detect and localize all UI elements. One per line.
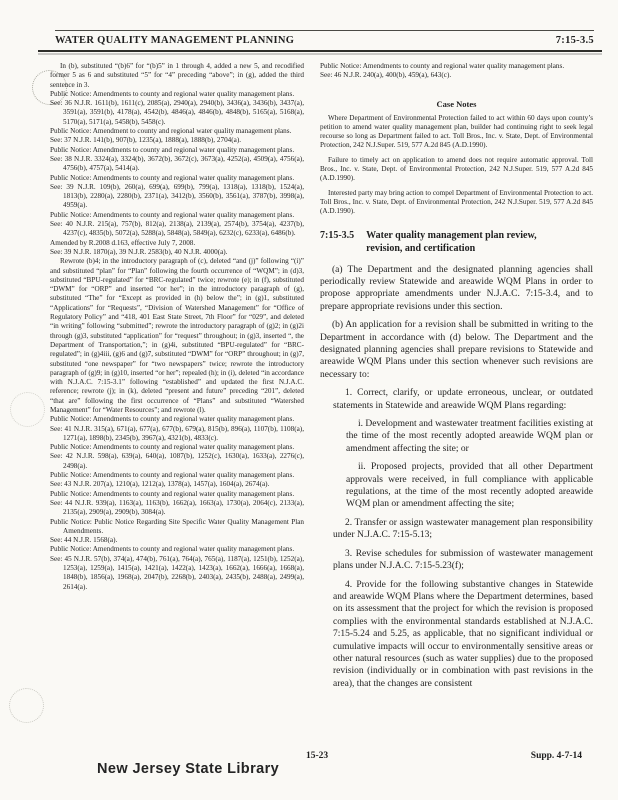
public-notice: Public Notice: Amendments to county and … — [50, 471, 304, 480]
public-notice: Public Notice: Amendments to county and … — [50, 211, 304, 220]
hole-punch-icon — [9, 688, 44, 723]
section-heading: 7:15-3.5 Water quality management plan r… — [320, 229, 593, 255]
running-header: WATER QUALITY MANAGEMENT PLANNING 7:15-3… — [55, 30, 594, 46]
public-notice: Public Notice: Amendments to county and … — [50, 443, 304, 452]
see-citation: See: 36 N.J.R. 1611(b), 1611(c), 2085(a)… — [50, 99, 304, 127]
case-note: Failure to timely act on application to … — [320, 156, 593, 184]
see-citation: See: 40 N.J.R. 215(a), 757(b), 812(a), 2… — [50, 220, 304, 239]
public-notice: Public Notice: Amendment to county and r… — [50, 127, 304, 136]
regulation-list-item: ii. Proposed projects, provided that all… — [320, 461, 593, 511]
supplement-date: Supp. 4-7-14 — [531, 751, 582, 761]
regulation-list-item: 1. Correct, clarify, or update erroneous… — [320, 387, 593, 412]
regulation-list-item: 3. Revise schedules for submission of wa… — [320, 548, 593, 573]
case-note: Where Department of Environmental Protec… — [320, 114, 593, 151]
public-notice: Public Notice: Amendments to county and … — [320, 62, 593, 71]
section-number: 7:15-3.5 — [320, 229, 354, 255]
amendment-note: Amended by R.2008 d.163, effective July … — [50, 239, 304, 248]
running-header-title: WATER QUALITY MANAGEMENT PLANNING — [55, 35, 294, 46]
running-header-section: 7:15-3.5 — [556, 35, 594, 46]
regulation-list-item: i. Development and wastewater treatment … — [320, 418, 593, 455]
left-column: In (b), substituted “(b)6” for “(b)5” in… — [50, 62, 304, 690]
see-citation: See: 39 N.J.R. 1870(a), 39 N.J.R. 2583(b… — [50, 248, 304, 257]
page-number: 15-23 — [306, 751, 328, 761]
see-citation: See: 41 N.J.R. 315(a), 671(a), 677(a), 6… — [50, 425, 304, 444]
section-title: Water quality management plan review, re… — [366, 229, 564, 255]
hole-punch-icon — [10, 392, 45, 427]
public-notice: Public Notice: Amendments to county and … — [50, 545, 304, 554]
see-citation: See: 45 N.J.R. 57(b), 374(a), 474(b), 76… — [50, 555, 304, 592]
public-notice: Public Notice: Amendments to county and … — [50, 415, 304, 424]
public-notice: Public Notice: Amendments to county and … — [50, 490, 304, 499]
see-citation: See: 38 N.J.R. 3324(a), 3324(b), 3672(b)… — [50, 155, 304, 174]
regulation-list-item: 4. Provide for the following substantive… — [320, 579, 593, 691]
public-notice: Public Notice: Amendments to county and … — [50, 146, 304, 155]
see-citation: See: 44 N.J.R. 1568(a). — [50, 536, 304, 545]
public-notice: Public Notice: Amendments to county and … — [50, 174, 304, 183]
see-citation: See: 39 N.J.R. 109(b), 260(a), 699(a), 6… — [50, 183, 304, 211]
history-note: Rewrote (b)4; in the introductory paragr… — [50, 257, 304, 415]
document-page: WATER QUALITY MANAGEMENT PLANNING 7:15-3… — [0, 0, 618, 800]
header-rule — [38, 50, 602, 52]
see-citation: See: 37 N.J.R. 141(b), 907(b), 1235(a), … — [50, 136, 304, 145]
see-citation: See: 43 N.J.R. 207(a), 1210(a), 1212(a),… — [50, 480, 304, 489]
regulation-list-item: 2. Transfer or assign wastewater managem… — [320, 517, 593, 542]
public-notice: Public Notice: Public Notice Regarding S… — [50, 518, 304, 537]
right-column: Public Notice: Amendments to county and … — [320, 62, 593, 690]
regulation-paragraph: (b) An application for a revision shall … — [320, 319, 593, 381]
case-notes-heading: Case Notes — [320, 99, 593, 109]
library-stamp: New Jersey State Library — [97, 761, 279, 777]
regulation-paragraph: (a) The Department and the designated pl… — [320, 264, 593, 314]
history-note: In (b), substituted “(b)6” for “(b)5” in… — [50, 62, 304, 90]
public-notice: Public Notice: Amendments to county and … — [50, 90, 304, 99]
see-citation: See: 42 N.J.R. 598(a), 639(a), 640(a), 1… — [50, 452, 304, 471]
see-citation: See: 44 N.J.R. 939(a), 1163(a), 1163(b),… — [50, 499, 304, 518]
see-citation: See: 46 N.J.R. 240(a), 400(b), 459(a), 6… — [320, 71, 593, 80]
case-note: Interested party may bring action to com… — [320, 189, 593, 217]
text-columns: In (b), substituted “(b)6” for “(b)5” in… — [50, 62, 593, 690]
